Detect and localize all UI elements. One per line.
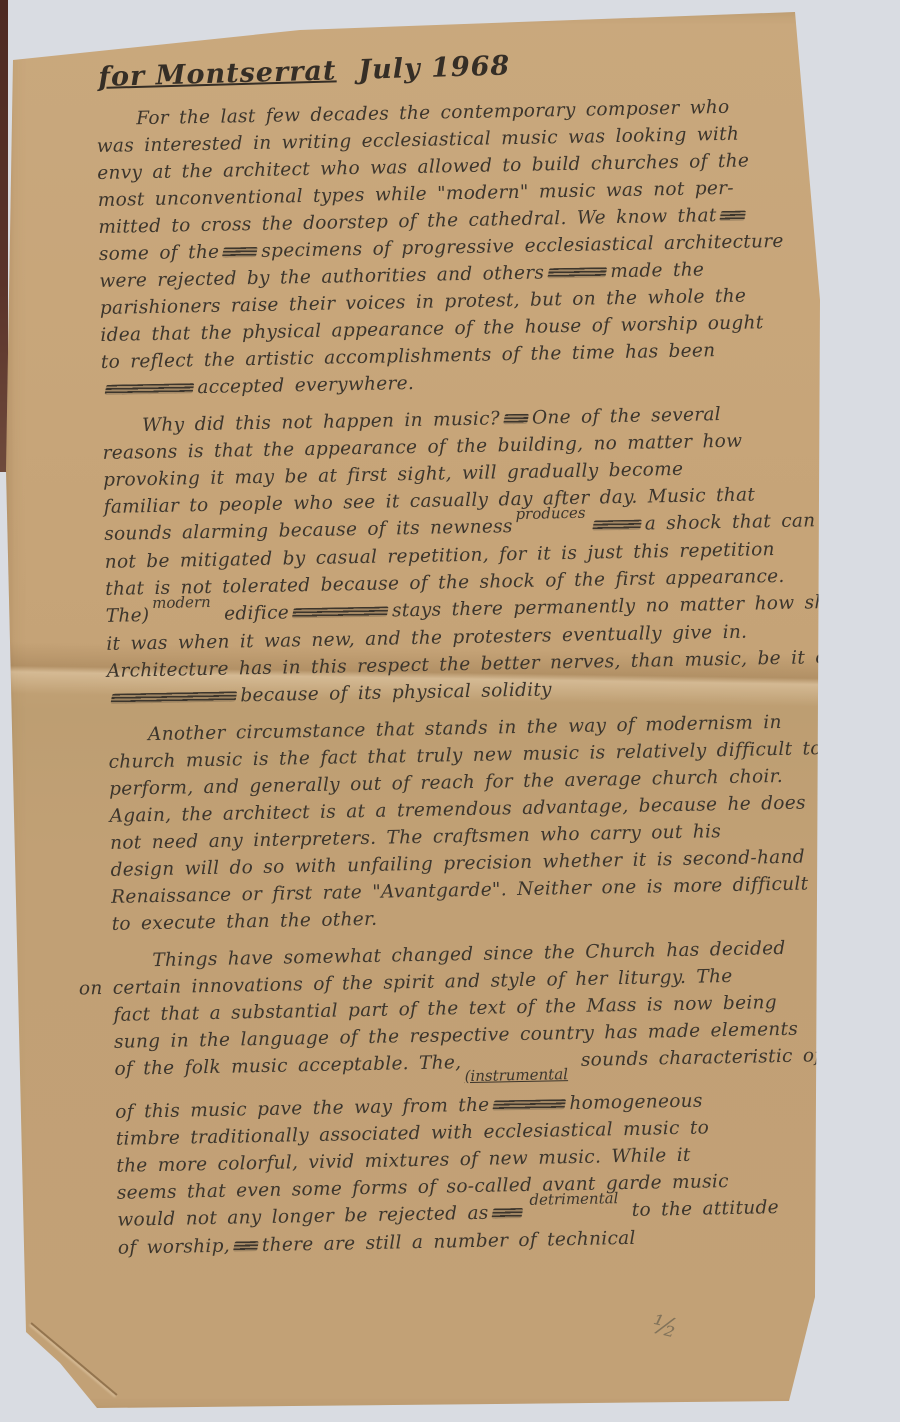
heading: for MontserratJuly 1968 — [98, 50, 511, 92]
handwritten-text: Why did this not happen in music? — [142, 408, 500, 436]
handwritten-text: made the — [610, 259, 704, 282]
scribbled-out-text — [233, 1241, 259, 1251]
manuscript-body: For the last few decades the contemporar… — [96, 92, 834, 1272]
scribbled-out-text — [492, 1099, 566, 1110]
inserted-text: modern — [152, 593, 211, 612]
inserted-text: detrimental — [529, 1189, 618, 1209]
scribbled-out-text — [492, 1208, 524, 1219]
backing-strip — [0, 0, 8, 472]
handwritten-text: to execute than the other. — [112, 909, 378, 935]
page-mark: ½ — [649, 1309, 681, 1344]
inserted-text: (instrumental — [464, 1065, 568, 1085]
inserted-text: produces — [515, 504, 585, 523]
handwritten-text: edifice — [214, 602, 289, 624]
handwritten-text: of worship, — [118, 1236, 230, 1259]
scribbled-out-text — [503, 414, 529, 424]
scribbled-out-text — [292, 606, 389, 618]
handwritten-text: of this music pave the way from the — [115, 1095, 490, 1123]
handwritten-text: a shock that can — [645, 510, 816, 534]
handwritten-text: The) — [106, 605, 150, 627]
paragraph: Another circumstance that stands in the … — [108, 708, 828, 938]
handwritten-text: accepted everywhere. — [197, 373, 414, 398]
scribbled-out-text — [110, 691, 237, 703]
handwritten-text: sounds alarming because of its newness — [104, 516, 513, 545]
handwritten-text: to the attitude — [621, 1197, 779, 1221]
handwritten-text: One of the several — [532, 404, 721, 429]
scribbled-out-text — [592, 520, 642, 531]
handwritten-text: there are still a number of technical — [262, 1228, 636, 1256]
handwritten-text: of the folk music acceptable. The, — [114, 1052, 461, 1080]
handwritten-text: homogeneous — [569, 1091, 703, 1115]
handwritten-text: would not any longer be rejected as — [117, 1203, 489, 1231]
scribbled-out-text — [222, 247, 258, 258]
paragraph: For the last few decades the contemporar… — [96, 92, 818, 403]
handwritten-text: sounds characteristic of some — [571, 1044, 883, 1071]
handwritten-text: some of the — [99, 242, 220, 265]
heading-date: July 1968 — [358, 50, 511, 85]
heading-dedication: for Montserrat — [98, 55, 337, 93]
scribbled-out-text — [547, 267, 607, 278]
paragraph: Things have somewhat changed since the C… — [112, 934, 834, 1262]
paragraph: Why did this not happen in music?One of … — [102, 399, 824, 712]
corner-fold — [30, 1322, 117, 1396]
scribbled-out-text — [104, 383, 194, 395]
handwritten-text: because of its physical solidity — [240, 679, 552, 706]
manuscript-paper: for MontserratJuly 1968 For the last few… — [0, 0, 900, 1422]
scribbled-out-text — [720, 211, 747, 222]
